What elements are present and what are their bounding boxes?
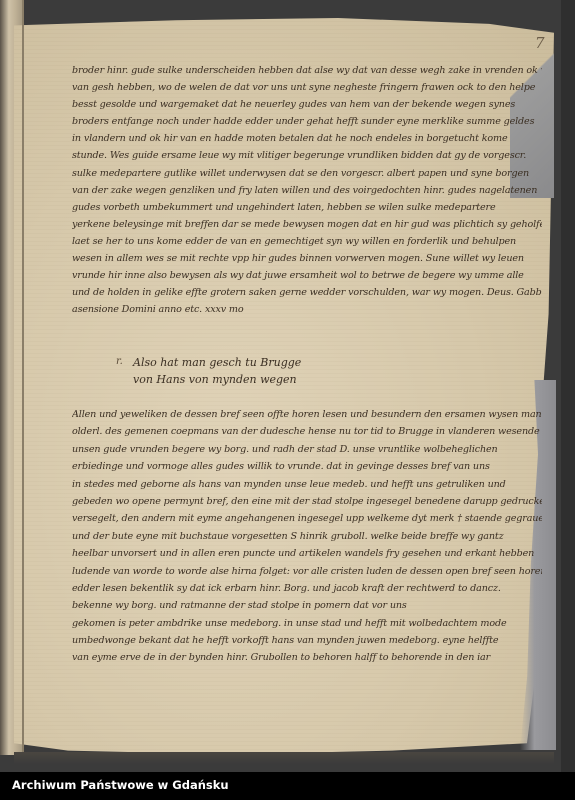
manuscript-line: und der bute eyne mit buchstaue vorgeset… xyxy=(72,528,542,545)
manuscript-line: besst gesolde und wargemaket dat he neue… xyxy=(72,96,542,113)
manuscript-line: edder lesen bekentlik sy dat ick erbarn … xyxy=(72,580,542,597)
manuscript-line: broder hinr. gude sulke underscheiden he… xyxy=(72,62,542,79)
manuscript-line: und de holden in gelike effte grotern sa… xyxy=(72,284,542,301)
archive-name-label: Archiwum Państwowe w Gdańsku xyxy=(12,778,229,792)
scan-right-border xyxy=(561,0,575,772)
manuscript-line: umbedwonge bekant dat he hefft vorkofft … xyxy=(72,632,542,649)
letter-paragraph-2: Allen und yeweliken de dessen bref seen … xyxy=(72,406,542,667)
page-fold-line xyxy=(22,0,24,755)
manuscript-line: laet se her to uns kome edder de van en … xyxy=(72,233,542,250)
manuscript-line: unsen gude vrunden begere wy borg. und r… xyxy=(72,441,542,458)
letter-paragraph-1: broder hinr. gude sulke underscheiden he… xyxy=(72,62,542,318)
manuscript-line: vrunde hir inne also bewysen als wy dat … xyxy=(72,267,542,284)
manuscript-line: versegelt, den andern mit eyme angehange… xyxy=(72,510,542,527)
manuscript-line: in stedes med geborne als hans van mynde… xyxy=(72,476,542,493)
manuscript-line: Allen und yeweliken de dessen bref seen … xyxy=(72,406,542,423)
page-bottom-shadow xyxy=(14,752,554,764)
manuscript-line: ludende van worde to worde alse hirna fo… xyxy=(72,563,542,580)
manuscript-line: in vlandern und ok hir van en hadde mote… xyxy=(72,130,542,147)
heading-line: Also hat man gesch tu Brugge xyxy=(133,354,301,371)
manuscript-line: asensione Domini anno etc. xxxv mo xyxy=(72,301,542,318)
section-heading: Also hat man gesch tu Brugge von Hans vo… xyxy=(133,354,301,388)
heading-line: von Hans von mynden wegen xyxy=(133,371,301,388)
manuscript-line: olderl. des gemenen coepmans van der dud… xyxy=(72,423,542,440)
manuscript-line: heelbar unvorsert und in allen eren punc… xyxy=(72,545,542,562)
manuscript-line: gekomen is peter ambdrike unse medeborg.… xyxy=(72,615,542,632)
manuscript-line: sulke medepartere gutlike willet underwy… xyxy=(72,165,542,182)
manuscript-line: yerkene beleysinge mit breffen dar se me… xyxy=(72,216,542,233)
margin-mark: r. xyxy=(116,356,123,367)
manuscript-line: stunde. Wes guide ersame leue wy mit vli… xyxy=(72,147,542,164)
manuscript-line: bekenne wy borg. und ratmanne der stad s… xyxy=(72,597,542,614)
manuscript-line: van gesh hebben, wo de welen de dat vor … xyxy=(72,79,542,96)
manuscript-line: gebeden wo opene permynt bref, den eine … xyxy=(72,493,542,510)
manuscript-line: van der zake wegen genzliken und fry lat… xyxy=(72,182,542,199)
manuscript-line: van eyme erve de in der bynden hinr. Gru… xyxy=(72,649,542,666)
archive-footer-bar: Archiwum Państwowe w Gdańsku xyxy=(0,772,575,800)
manuscript-line: gudes vorbeth umbekummert und ungehinder… xyxy=(72,199,542,216)
manuscript-line: wesen in allem wes se mit rechte vpp hir… xyxy=(72,250,542,267)
manuscript-line: broders entfange noch under hadde edder … xyxy=(72,113,542,130)
manuscript-line: erbiedinge und vormoge alles gudes willi… xyxy=(72,458,542,475)
folio-number: 7 xyxy=(535,34,545,52)
